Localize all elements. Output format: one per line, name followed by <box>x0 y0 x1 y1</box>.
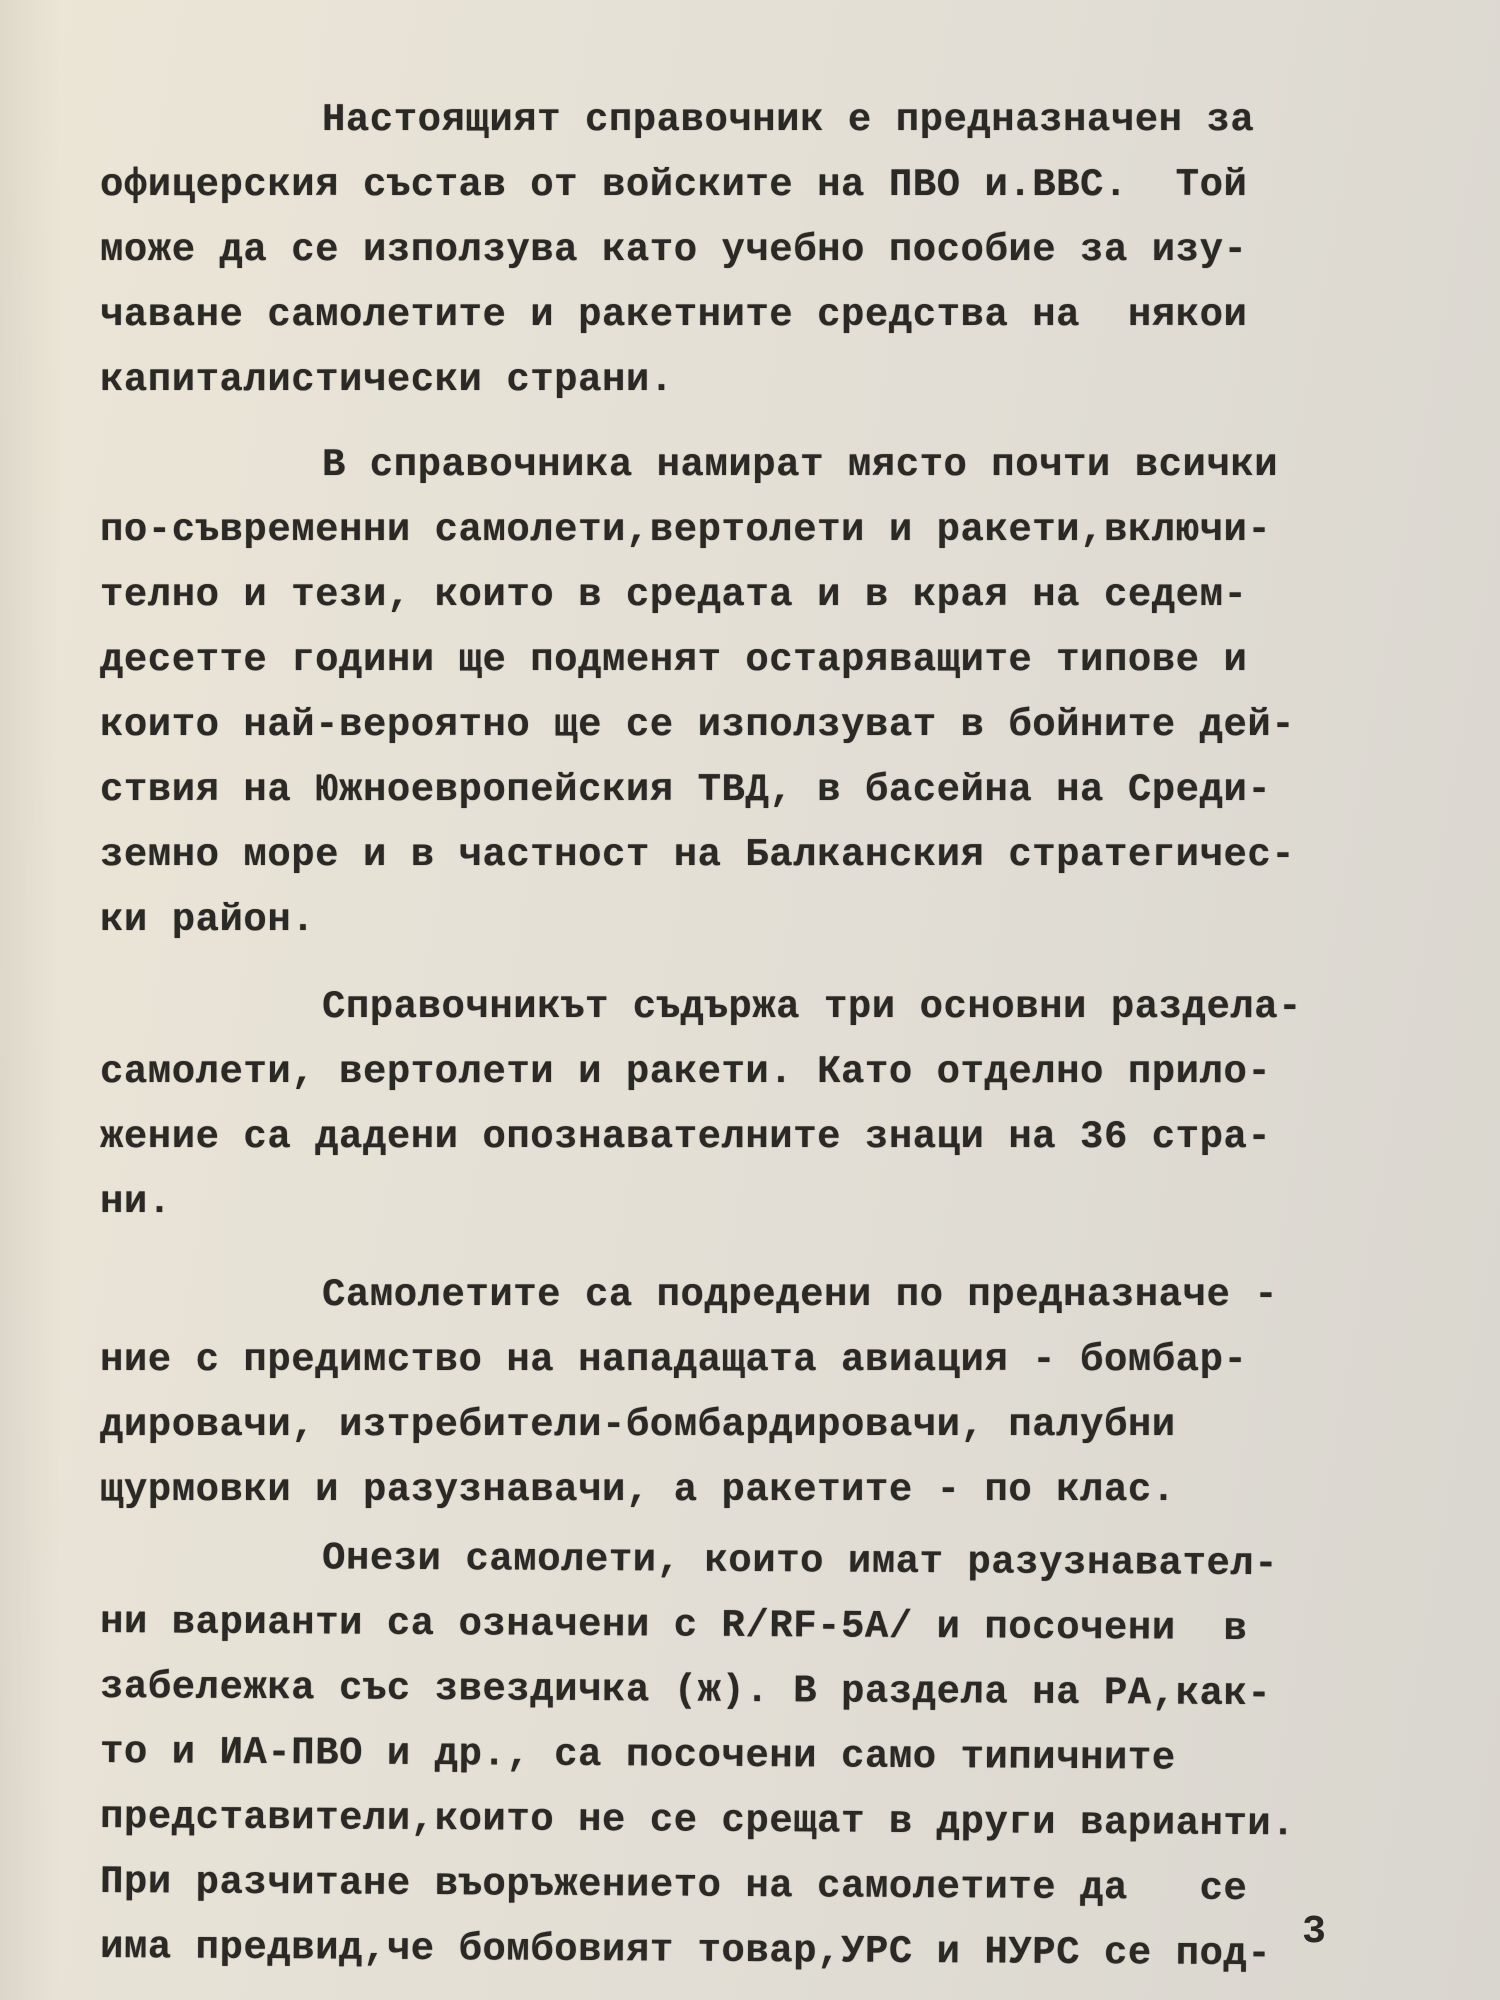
text-line: представители,които не се срещат в други… <box>100 1785 1400 1858</box>
text-line: може да се използува като учебно пособие… <box>100 218 1400 283</box>
text-line: ние с предимство на нападащата авиация -… <box>100 1328 1400 1393</box>
text-line: Справочникът съдържа три основни раздела… <box>100 975 1400 1040</box>
paragraph-1: Настоящият справочник е предназначен за … <box>100 88 1400 413</box>
text-line: офицерския състав от войските на ПВО и.В… <box>100 153 1400 218</box>
document-page: Настоящият справочник е предназначен за … <box>0 0 1500 2000</box>
document-body: Настоящият справочник е предназначен за … <box>100 88 1400 1980</box>
paragraph-4: Самолетите са подредени по предназначе -… <box>100 1263 1400 1523</box>
text-line: забележка със звездичка (ж). В раздела н… <box>100 1655 1400 1728</box>
text-line: ни варианти са означени с R/RF-5A/ и пос… <box>100 1590 1400 1663</box>
text-line: самолети, вертолети и ракети. Като отдел… <box>100 1040 1400 1105</box>
text-line: по-съвременни самолети,вертолети и ракет… <box>100 498 1400 563</box>
paragraph-2: В справочника намират място почти всички… <box>100 433 1400 953</box>
text-line: то и ИА-ПВО и др., са посочени само типи… <box>100 1720 1400 1793</box>
text-line: ни. <box>100 1170 1400 1235</box>
text-line: има предвид,че бомбовият товар,УРС и НУР… <box>100 1915 1400 1988</box>
text-line: ки район. <box>100 888 1400 953</box>
text-line: щурмовки и разузнавачи, а ракетите - по … <box>100 1458 1400 1523</box>
text-line: В справочника намират място почти всички <box>100 433 1400 498</box>
text-line: При разчитане въоръжението на самолетите… <box>100 1850 1400 1923</box>
paragraph-3: Справочникът съдържа три основни раздела… <box>100 975 1400 1235</box>
text-line: телно и тези, които в средата и в края н… <box>100 563 1400 628</box>
text-line: Онези самолети, които имат разузнавател- <box>100 1525 1400 1598</box>
text-line: Настоящият справочник е предназначен за <box>100 88 1400 153</box>
text-line: чаване самолетите и ракетните средства н… <box>100 283 1400 348</box>
text-line: които най-вероятно ще се използуват в бо… <box>100 693 1400 758</box>
text-line: Самолетите са подредени по предназначе - <box>100 1263 1400 1328</box>
paragraph-5: Онези самолети, които имат разузнавател-… <box>100 1525 1400 1980</box>
text-line: ствия на Южноевропейския ТВД, в басейна … <box>100 758 1400 823</box>
text-line: дировачи, изтребители-бомбардировачи, па… <box>100 1393 1400 1458</box>
page-number: 3 <box>1302 1910 1326 1955</box>
text-line: земно море и в частност на Балканския ст… <box>100 823 1400 888</box>
text-line: жение са дадени опознавателните знаци на… <box>100 1105 1400 1170</box>
text-line: десетте години ще подменят остаряващите … <box>100 628 1400 693</box>
text-line: капиталистически страни. <box>100 348 1400 413</box>
